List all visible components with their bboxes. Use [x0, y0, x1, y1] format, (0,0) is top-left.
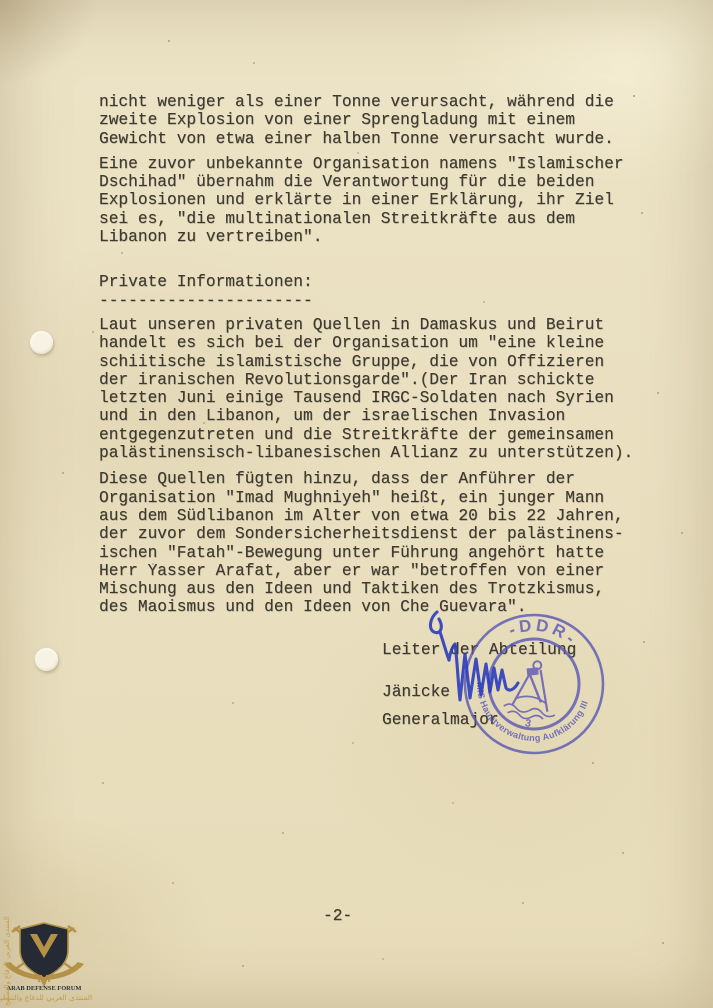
paper-speckles: [0, 0, 2, 2]
watermark-title: ARAB DEFENSE FORUM: [7, 985, 82, 992]
section-heading: Private Informationen:: [99, 273, 644, 291]
watermark-arabic-title: المنتدى العربي للدفاع والتسليح: [0, 993, 92, 1002]
arab-defense-forum-watermark: DA ARAB DEFENSE FORUM المنتدى العربي للد…: [0, 920, 110, 1008]
paragraph-sources: Laut unseren privaten Quellen in Damasku…: [99, 316, 644, 462]
paragraph-leader: Diese Quellen fügten hinzu, dass der Anf…: [99, 470, 644, 616]
handwritten-signature: [420, 602, 530, 717]
document-body: nicht weniger als einer Tonne verursacht…: [99, 93, 644, 617]
section-heading-underline: ----------------------: [99, 292, 644, 310]
paragraph-explosion: nicht weniger als einer Tonne verursacht…: [99, 93, 644, 148]
page-number: -2-: [323, 907, 352, 925]
punch-hole-top: [30, 331, 53, 354]
scanned-document-page: nicht weniger als einer Tonne verursacht…: [0, 0, 713, 1008]
watermark-monogram: DA: [38, 974, 51, 984]
paragraph-organisation: Eine zuvor unbekannte Organisation namen…: [99, 155, 644, 246]
punch-hole-bottom: [35, 648, 58, 671]
watermark-arabic-vertical: المنتدى العربي للدفاع والتسليح: [3, 926, 11, 1006]
